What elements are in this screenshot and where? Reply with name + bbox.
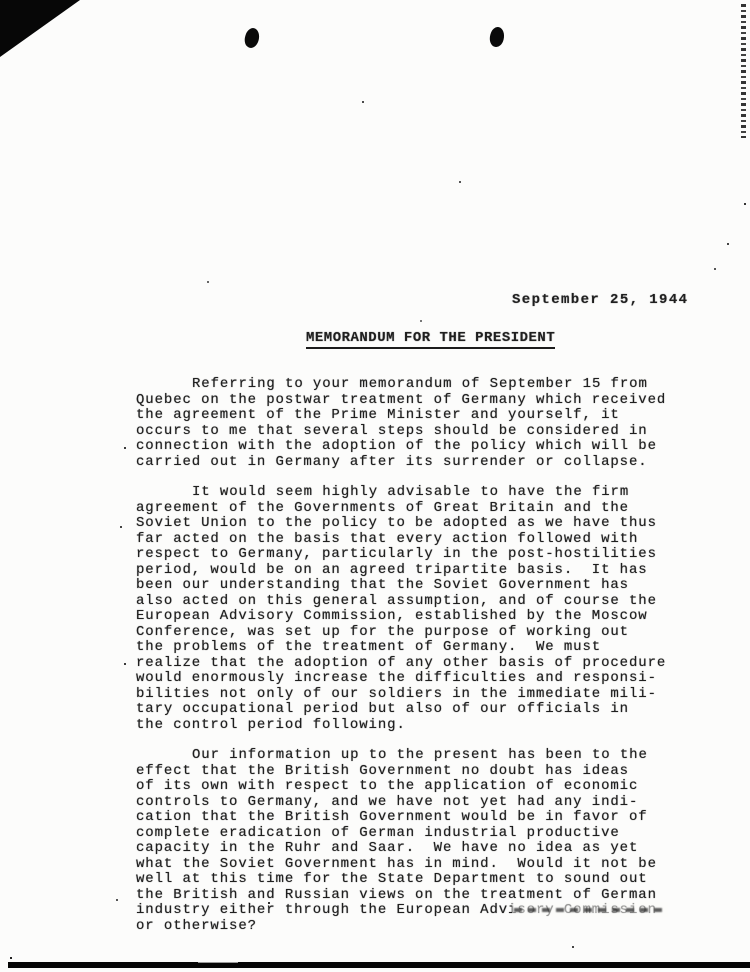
punch-hole-right bbox=[488, 26, 506, 49]
scan-specks bbox=[0, 0, 2, 2]
scan-edge-noise bbox=[741, 4, 746, 138]
memo-title: MEMORANDUM FOR THE PRESIDENT bbox=[306, 330, 555, 349]
scanned-memo-page: September 25, 1944 MEMORANDUM FOR THE PR… bbox=[0, 0, 750, 972]
memo-body: Referring to your memorandum of Septembe… bbox=[136, 377, 696, 934]
punch-hole-left bbox=[242, 26, 261, 49]
memo-paragraph-1: Referring to your memorandum of Septembe… bbox=[136, 377, 696, 470]
scan-corner-fold-artifact bbox=[0, 0, 80, 57]
scan-bottom-bar bbox=[8, 962, 750, 968]
memo-paragraph-2: It would seem highly advisable to have t… bbox=[136, 485, 696, 733]
memo-date: September 25, 1944 bbox=[512, 292, 688, 308]
ink-smudge-artifact bbox=[512, 902, 668, 917]
